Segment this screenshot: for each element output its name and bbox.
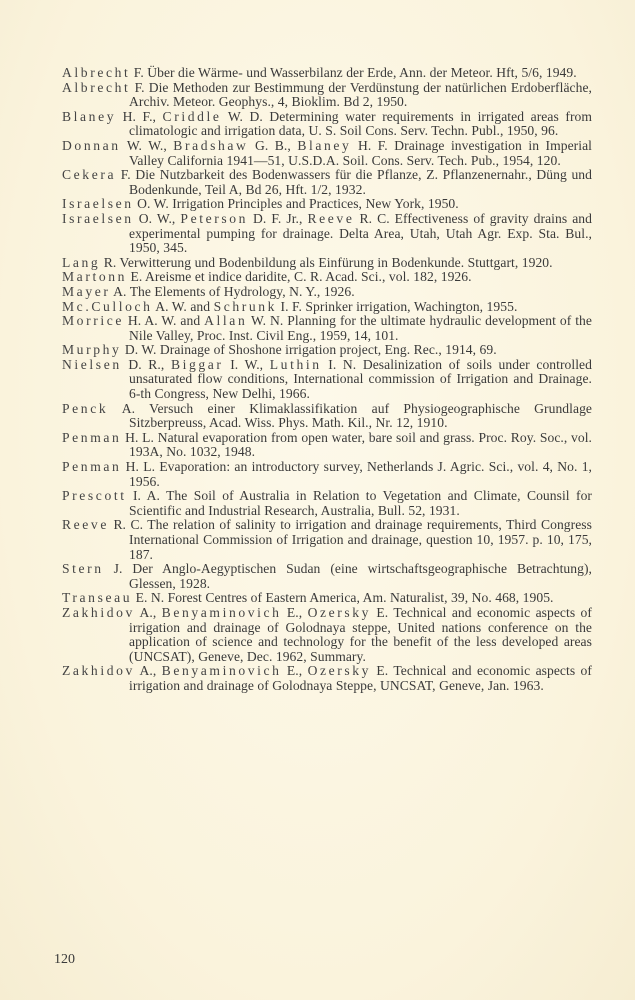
reference-text: A., <box>135 605 162 620</box>
reference-text: A., <box>135 663 162 678</box>
reference-author: Lang <box>62 255 100 270</box>
reference-author: Prescott <box>62 488 127 503</box>
reference-entry: Nielsen D. R., Biggar I. W., Luthin I. N… <box>62 358 592 402</box>
reference-author: Albrecht <box>62 65 130 80</box>
reference-author: Criddle <box>163 109 222 124</box>
reference-text: A. W. and <box>153 299 214 314</box>
reference-text: H. A. W. and <box>124 313 204 328</box>
reference-entry: Blaney H. F., Criddle W. D. Determining … <box>62 110 592 139</box>
reference-entry: Donnan W. W., Bradshaw G. B., Blaney H. … <box>62 139 592 168</box>
reference-entry: Penman H. L. Evaporation: an introductor… <box>62 460 592 489</box>
reference-entry: Cekera F. Die Nutzbarkeit des Bodenwasse… <box>62 168 592 197</box>
reference-author: Benyaminovich <box>162 605 282 620</box>
reference-text: D. F. Jr., <box>248 211 307 226</box>
reference-text: E., <box>282 663 308 678</box>
reference-author: Murphy <box>62 342 121 357</box>
reference-author: Ozersky <box>308 663 372 678</box>
reference-author: Mayer <box>62 284 110 299</box>
reference-text: F. Die Nutzbarkeit des Bodenwassers für … <box>116 167 592 197</box>
reference-author: Blaney <box>62 109 116 124</box>
reference-author: Benyaminovich <box>162 663 282 678</box>
reference-entry: Mc.Culloch A. W. and Schrunk I. F. Sprin… <box>62 300 592 315</box>
reference-author: Nielsen <box>62 357 122 372</box>
reference-author: Schrunk <box>214 299 278 314</box>
reference-entry: Israelsen O. W. Irrigation Principles an… <box>62 197 592 212</box>
reference-author: Martonn <box>62 269 127 284</box>
reference-author: Allan <box>204 313 247 328</box>
reference-author: Reeve <box>62 517 109 532</box>
reference-entry: Transeau E. N. Forest Centres of Eastern… <box>62 591 592 606</box>
reference-text: O. W., <box>134 211 181 226</box>
reference-author: Israelsen <box>62 196 134 211</box>
reference-entry: Lang R. Verwitterung und Bodenbildung al… <box>62 256 592 271</box>
reference-text: W. W., <box>121 138 174 153</box>
reference-entry: Israelsen O. W., Peterson D. F. Jr., Ree… <box>62 212 592 256</box>
reference-author: Cekera <box>62 167 116 182</box>
reference-text: F. Die Methoden zur Bestimmung der Verdü… <box>129 80 592 110</box>
reference-author: Zakhidov <box>62 663 135 678</box>
reference-entry: Albrecht F. Die Methoden zur Bestimmung … <box>62 81 592 110</box>
reference-text: I. F. Sprinker irrigation, Wachington, 1… <box>277 299 517 314</box>
reference-entry: Zakhidov A., Benyaminovich E., Ozersky E… <box>62 606 592 664</box>
reference-author: Stern <box>62 561 104 576</box>
reference-text: D. R., <box>122 357 171 372</box>
reference-author: Bradshaw <box>173 138 248 153</box>
reference-entry: Albrecht F. Über die Wärme- und Wasserbi… <box>62 66 592 81</box>
reference-author: Reeve <box>308 211 355 226</box>
reference-text: J. Der Anglo-Aegyptischen Sudan (eine wi… <box>104 561 592 591</box>
reference-text: O. W. Irrigation Principles and Practice… <box>134 196 459 211</box>
reference-author: Penman <box>62 430 121 445</box>
reference-entry: Reeve R. C. The relation of salinity to … <box>62 518 592 562</box>
reference-text: H. L. Evaporation: an introductory surve… <box>121 459 592 489</box>
reference-author: Penman <box>62 459 121 474</box>
reference-text: D. W. Drainage of Shoshone irrigation pr… <box>121 342 496 357</box>
reference-text: A. The Elements of Hydrology, N. Y., 192… <box>110 284 354 299</box>
reference-entry: Stern J. Der Anglo-Aegyptischen Sudan (e… <box>62 562 592 591</box>
reference-text: E., <box>282 605 308 620</box>
reference-author: Luthin <box>270 357 322 372</box>
reference-text: R. Verwitterung und Bodenbildung als Ein… <box>100 255 552 270</box>
reference-entry: Mayer A. The Elements of Hydrology, N. Y… <box>62 285 592 300</box>
document-page: Albrecht F. Über die Wärme- und Wasserbi… <box>0 0 635 1000</box>
reference-text: I. A. The Soil of Australia in Relation … <box>127 488 592 518</box>
reference-entry: Zakhidov A., Benyaminovich E., Ozersky E… <box>62 664 592 693</box>
reference-text: E. N. Forest Centres of Eastern America,… <box>132 590 553 605</box>
reference-author: Penck <box>62 401 108 416</box>
reference-entry: Prescott I. A. The Soil of Australia in … <box>62 489 592 518</box>
reference-author: Ozersky <box>308 605 372 620</box>
reference-author: Donnan <box>62 138 121 153</box>
reference-text: I. W., <box>224 357 270 372</box>
reference-entry: Penck A. Versuch einer Klimaklassifikati… <box>62 402 592 431</box>
reference-entry: Martonn E. Areisme et indice daridite, C… <box>62 270 592 285</box>
reference-text: R. C. The relation of salinity to irriga… <box>109 517 592 561</box>
reference-text: F. Über die Wärme- und Wasserbilanz der … <box>130 65 576 80</box>
reference-author: Blaney <box>297 138 351 153</box>
reference-entry: Murphy D. W. Drainage of Shoshone irriga… <box>62 343 592 358</box>
reference-text: H. L. Natural evaporation from open wate… <box>121 430 592 460</box>
reference-entry: Penman H. L. Natural evaporation from op… <box>62 431 592 460</box>
reference-author: Zakhidov <box>62 605 135 620</box>
reference-author: Albrecht <box>62 80 130 95</box>
page-number: 120 <box>54 952 75 968</box>
reference-author: Morrice <box>62 313 124 328</box>
reference-list: Albrecht F. Über die Wärme- und Wasserbi… <box>62 66 592 694</box>
reference-entry: Morrice H. A. W. and Allan W. N. Plannin… <box>62 314 592 343</box>
reference-author: Israelsen <box>62 211 134 226</box>
reference-text: E. Areisme et indice daridite, C. R. Aca… <box>127 269 472 284</box>
reference-author: Mc.Culloch <box>62 299 153 314</box>
reference-author: Transeau <box>62 590 132 605</box>
reference-author: Peterson <box>180 211 248 226</box>
reference-text: H. F., <box>116 109 162 124</box>
reference-text: G. B., <box>248 138 297 153</box>
reference-text: A. Versuch einer Klimaklassifikation auf… <box>108 401 592 431</box>
reference-author: Biggar <box>171 357 224 372</box>
